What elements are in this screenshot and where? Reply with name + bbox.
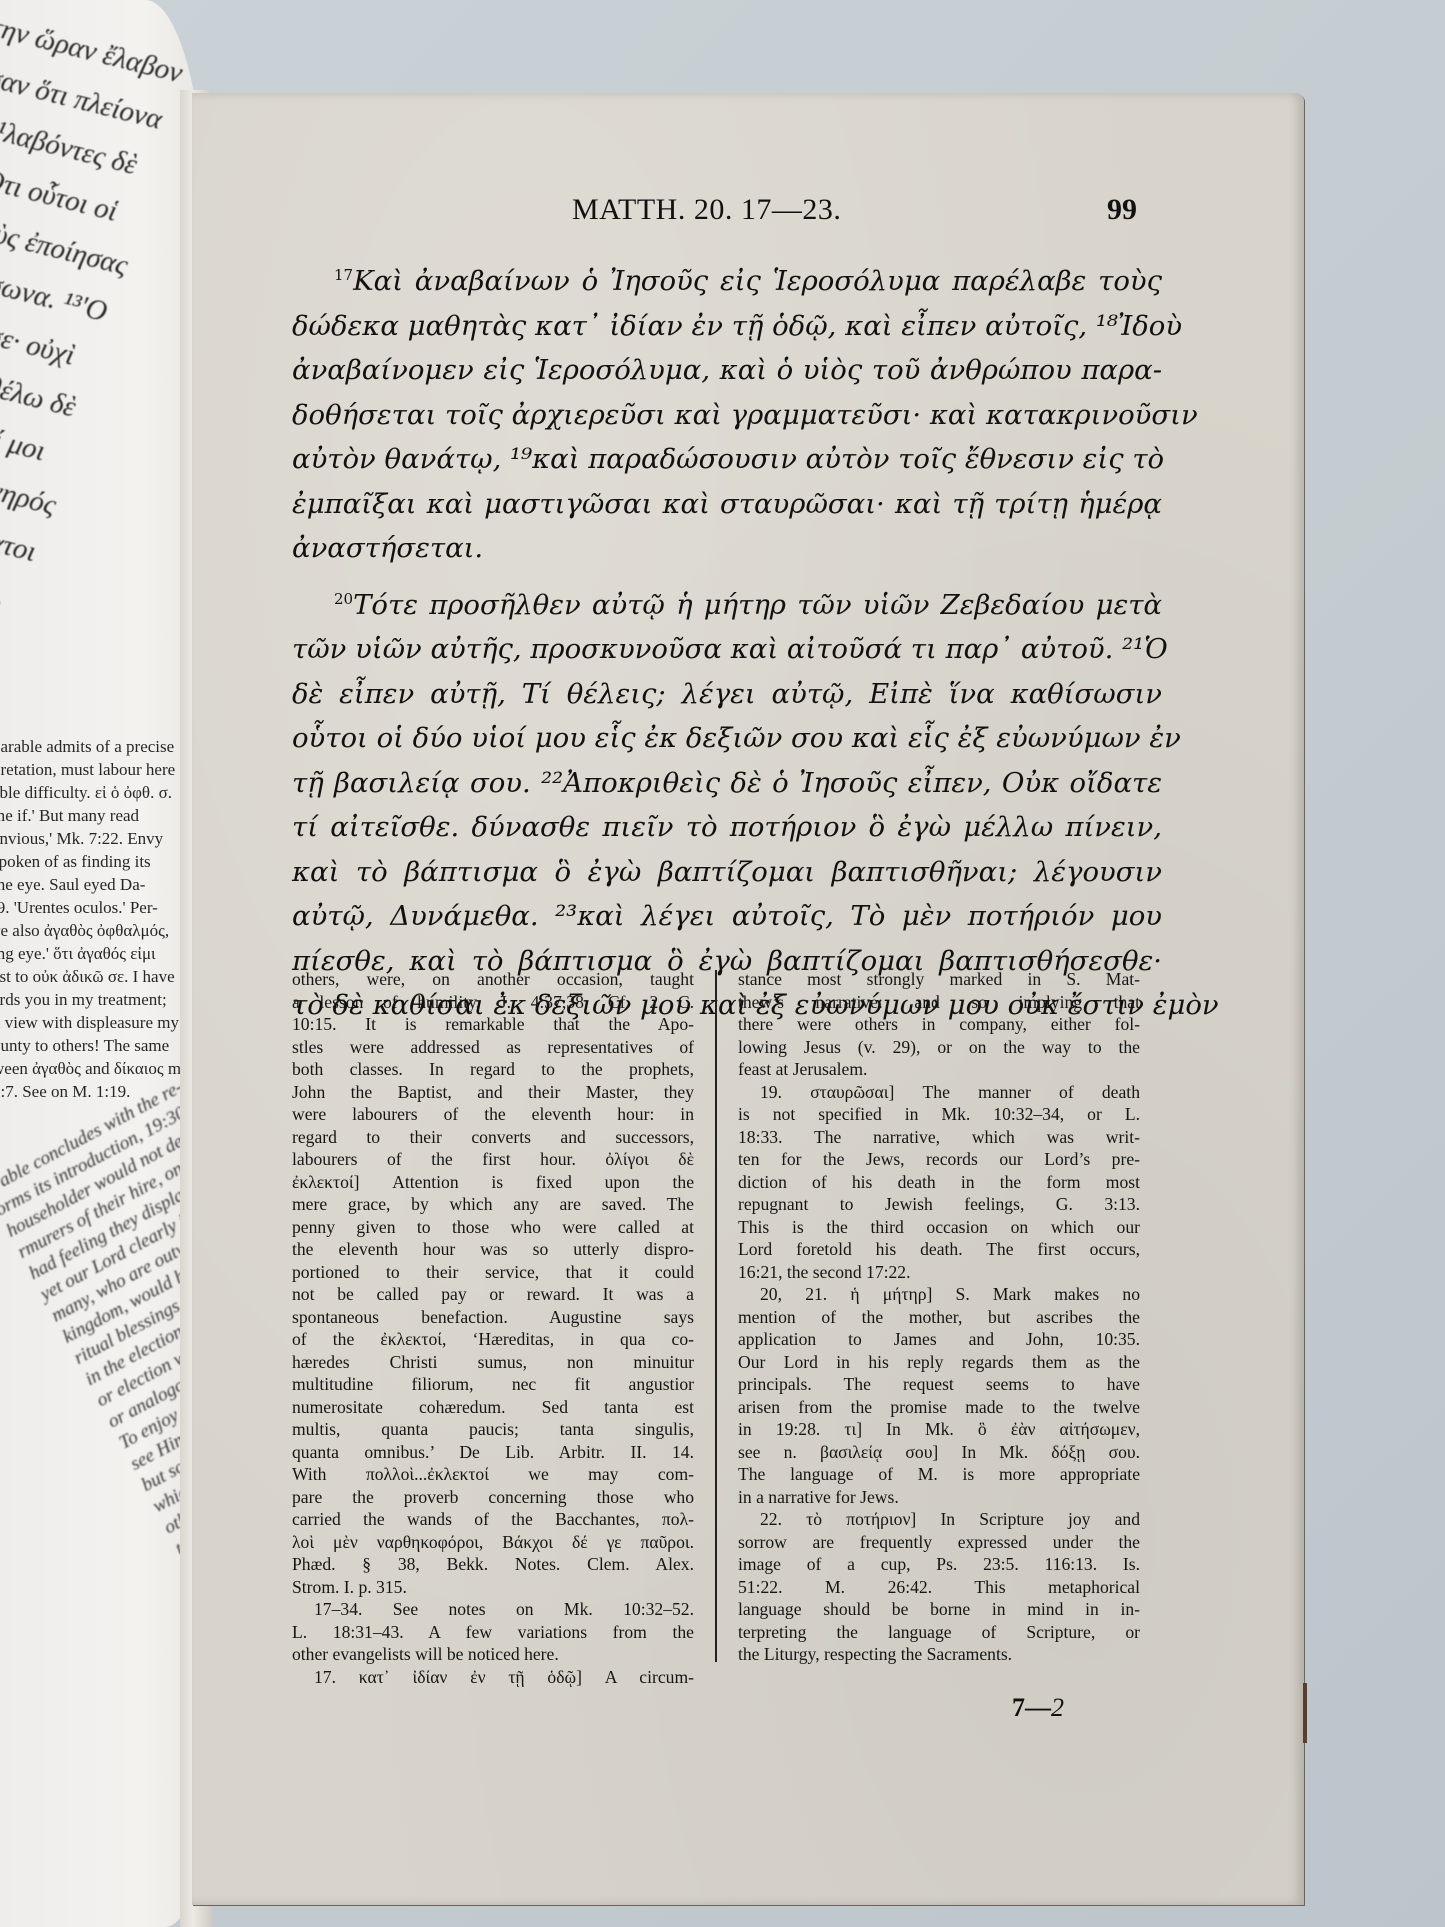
notes-column-left: others, were, on another occasion, taugh… — [292, 968, 694, 1688]
verse-line: ἀναστήσεται. — [292, 526, 1162, 571]
note-line: quanta omnibus.’ De Lib. Arbitr. II. 14. — [292, 1441, 694, 1464]
note-line: the Liturgy, respecting the Sacraments. — [738, 1643, 1140, 1666]
text-line: ween ἀγαθὸς and δίκαιος may — [0, 1057, 192, 1080]
note-line: carried the wands of the Bacchantes, πολ… — [292, 1508, 694, 1531]
note-line: image of a cup, Ps. 23:5. 116:13. Is. — [738, 1553, 1140, 1576]
note-line: arisen from the promise made to the twel… — [738, 1396, 1140, 1419]
note-line: both classes. In regard to the prophets, — [292, 1058, 694, 1081]
note-line: see n. βασιλείᾳ σου] In Mk. δόξῃ σου. — [738, 1441, 1140, 1464]
note-line: terpreting the language of Scripture, or — [738, 1621, 1140, 1644]
text-line: ve also ἀγαθὸς ὀφθαλμός, — [0, 919, 192, 942]
verse-line: 20Τότε προσῆλθεν αὐτῷ ἡ μήτηρ τῶν υἱῶν Ζ… — [292, 577, 1162, 628]
verse-line: δοθήσεται τοῖς ἀρχιερεῦσι καὶ γραμματεῦσ… — [292, 393, 1162, 438]
text-line: pretation, must labour here — [0, 758, 192, 781]
note-line: sorrow are frequently expressed under th… — [738, 1531, 1140, 1554]
note-line: labourers of the first hour. ὀλίγοι δὲ — [292, 1148, 694, 1171]
left-page-greek-text: κάτην ὥραν ἔλαβονόμισαν ὅτι πλείοναιον. … — [0, 0, 193, 633]
text-line: ards you in my treatment; — [0, 988, 192, 1011]
note-line: 51:22. M. 26:42. This metaphorical — [738, 1576, 1140, 1599]
note-line: there were others in company, either fol… — [738, 1013, 1140, 1036]
left-page-notes: parable admits of a precisepretation, mu… — [0, 735, 192, 1103]
verse-line: ἀναβαίνομεν εἰς Ἱεροσόλυμα, καὶ ὁ υἱὸς τ… — [292, 348, 1162, 393]
verse-line: τί αἰτεῖσθε. δύνασθε πιεῖν τὸ ποτήριον ὃ… — [292, 805, 1162, 850]
note-line: not be called pay or reward. It was a — [292, 1283, 694, 1306]
note-line: principals. The request seems to have — [738, 1373, 1140, 1396]
note-line: stance most strongly marked in S. Mat- — [738, 968, 1140, 991]
note-line: others, were, on another occasion, taugh… — [292, 968, 694, 991]
note-line: application to James and John, 10:35. — [738, 1328, 1140, 1351]
note-line: stles were addressed as representatives … — [292, 1036, 694, 1059]
note-line: 19. σταυρῶσαι] The manner of death — [738, 1081, 1140, 1104]
note-line: multis, quanta paucis; tanta singulis, — [292, 1418, 694, 1441]
note-line: regard to their converts and successors, — [292, 1126, 694, 1149]
note-line: spontaneous benefaction. Augustine says — [292, 1306, 694, 1329]
text-line: able difficulty. εἰ ὁ ὀφθ. σ. — [0, 781, 192, 804]
running-head: MATTH. 20. 17—23. 99 — [192, 193, 1304, 233]
note-line: mere grace, by which any are saved. The — [292, 1193, 694, 1216]
note-line: With πολλοὶ...ἐκλεκτοί we may com- — [292, 1463, 694, 1486]
note-line: is not specified in Mk. 10:32–34, or L. — [738, 1103, 1140, 1126]
verse-line: δὲ εἶπεν αὐτῇ, Τί θέλεις; λέγει αὐτῷ, Εἰ… — [292, 672, 1162, 717]
verse-line: δώδεκα μαθητὰς κατ᾽ ἰδίαν ἐν τῇ ὁδῷ, καὶ… — [292, 304, 1162, 349]
note-line: L. 18:31–43. A few variations from the — [292, 1621, 694, 1644]
note-line: hæredes Christi sumus, non minuitur — [292, 1351, 694, 1374]
note-line: penny given to those who were called at — [292, 1216, 694, 1239]
note-line: portioned to their service, that it coul… — [292, 1261, 694, 1284]
note-line: John the Baptist, and their Master, they — [292, 1081, 694, 1104]
note-line: of the ἐκλεκτοί, ‘Hæreditas, in qua co- — [292, 1328, 694, 1351]
text-line: spoken of as finding its — [0, 850, 192, 873]
note-line: pare the proverb concerning those who — [292, 1486, 694, 1509]
note-line: Phæd. § 38, Bekk. Notes. Clem. Alex. — [292, 1553, 694, 1576]
note-line: in 19:28. τι] In Mk. ὃ ἐὰν αἰτήσωμεν, — [738, 1418, 1140, 1441]
note-line: lowing Jesus (v. 29), or on the way to t… — [738, 1036, 1140, 1059]
verse-line: καὶ τὸ βάπτισμα ὃ ἐγὼ βαπτίζομαι βαπτισθ… — [292, 850, 1162, 895]
running-title: MATTH. 20. 17—23. — [572, 193, 841, 227]
note-line: diction of his death in the form most — [738, 1171, 1140, 1194]
note-line: multitudine filiorum, nec fit angustior — [292, 1373, 694, 1396]
note-line: were labourers of the eleventh hour: in — [292, 1103, 694, 1126]
verse-number: 17 — [334, 266, 353, 284]
note-line: numerositate cohæredum. Sed tanta est — [292, 1396, 694, 1419]
left-page-notes-curled: arable concludes with the re-orms its in… — [0, 1058, 205, 1689]
page-number: 99 — [1107, 193, 1137, 227]
greek-scripture-text: 17Καὶ ἀναβαίνων ὁ Ἰησοῦς εἰς Ἱεροσόλυμα … — [292, 253, 1162, 1028]
note-line: the eleventh hour was so utterly dispro- — [292, 1238, 694, 1261]
note-line: ten for the Jews, records our Lord’s pre… — [738, 1148, 1140, 1171]
verse-line: οὗτοι οἱ δύο υἱοί μου εἷς ἐκ δεξιῶν σου … — [292, 716, 1162, 761]
verse-number: 20 — [334, 590, 353, 608]
note-line: Lord foretold his death. The first occur… — [738, 1238, 1140, 1261]
note-line: 17. κατ᾽ ἰδίαν ἐν τῇ ὁδῷ] A circum- — [292, 1666, 694, 1689]
text-line: ing eye.' ὅτι ἀγαθός εἰμι — [0, 942, 192, 965]
column-rule — [715, 970, 717, 1662]
text-line: ounty to others! The same — [0, 1034, 192, 1057]
text-line: u view with displeasure my — [0, 1011, 192, 1034]
page-edge-stain — [1303, 1683, 1307, 1743]
note-line: The language of M. is more appropriate — [738, 1463, 1140, 1486]
note-line: Strom. I. p. 315. — [292, 1576, 694, 1599]
signature-mark: 7—2 — [1012, 1693, 1064, 1723]
text-line: :9. 'Urentes oculos.' Per- — [0, 896, 192, 919]
note-line: repugnant to Jewish feelings, G. 3:13. — [738, 1193, 1140, 1216]
note-line: 22. τὸ ποτήριον] In Scripture joy and — [738, 1508, 1140, 1531]
note-line: mention of the mother, but ascribes the — [738, 1306, 1140, 1329]
note-line: feast at Jerusalem. — [738, 1058, 1140, 1081]
note-line: ἐκλεκτοί] Attention is fixed upon the — [292, 1171, 694, 1194]
note-line: language should be borne in mind in in- — [738, 1598, 1140, 1621]
note-line: 18:33. The narrative, which was writ- — [738, 1126, 1140, 1149]
notes-column-right: stance most strongly marked in S. Mat-th… — [738, 968, 1140, 1666]
note-line: thew’s narrative: and so implying that — [738, 991, 1140, 1014]
verse-line: αὐτῷ, Δυνάμεθα. ²³καὶ λέγει αὐτοῖς, Τὸ μ… — [292, 894, 1162, 939]
note-line: 10:15. It is remarkable that the Apo- — [292, 1013, 694, 1036]
verse-line: αὐτὸν θανάτῳ, ¹⁹καὶ παραδώσουσιν αὐτὸν τ… — [292, 437, 1162, 482]
left-facing-page: κάτην ὥραν ἔλαβονόμισαν ὅτι πλείοναιον. … — [0, 0, 205, 1927]
note-line: λοὶ μὲν ναρθηκοφόροι, Βάκχοι δέ γε παῦρο… — [292, 1531, 694, 1554]
note-line: other evangelists will be noticed here. — [292, 1643, 694, 1666]
text-line: ast to οὐκ ἀδικῶ σε. I have — [0, 965, 192, 988]
text-line: the eye. Saul eyed Da- — [0, 873, 192, 896]
right-page: MATTH. 20. 17—23. 99 17Καὶ ἀναβαίνων ὁ Ἰ… — [192, 93, 1304, 1905]
note-line: 17–34. See notes on Mk. 10:32–52. — [292, 1598, 694, 1621]
note-line: Our Lord in his reply regards them as th… — [738, 1351, 1140, 1374]
verse-line: 17Καὶ ἀναβαίνων ὁ Ἰησοῦς εἰς Ἱεροσόλυμα … — [292, 253, 1162, 304]
note-line: 16:21, the second 17:22. — [738, 1261, 1140, 1284]
verse-line: τῇ βασιλείᾳ σου. ²²Ἀποκριθεὶς δὲ ὁ Ἰησοῦ… — [292, 761, 1162, 806]
note-line: 20, 21. ἡ μήτηρ] S. Mark makes no — [738, 1283, 1140, 1306]
text-line: envious,' Mk. 7:22. Envy — [0, 827, 192, 850]
text-line: parable admits of a precise — [0, 735, 192, 758]
note-line: a lesson of humility, J. 4:37,38. Cf. 2 … — [292, 991, 694, 1014]
text-line: me if.' But many read — [0, 804, 192, 827]
note-line: This is the third occasion on which our — [738, 1216, 1140, 1239]
verse-line: τῶν υἱῶν αὐτῆς, προσκυνοῦσα καὶ αἰτοῦσά … — [292, 627, 1162, 672]
verse-line: ἐμπαῖξαι καὶ μαστιγῶσαι καὶ σταυρῶσαι· κ… — [292, 482, 1162, 527]
note-line: in a narrative for Jews. — [738, 1486, 1140, 1509]
